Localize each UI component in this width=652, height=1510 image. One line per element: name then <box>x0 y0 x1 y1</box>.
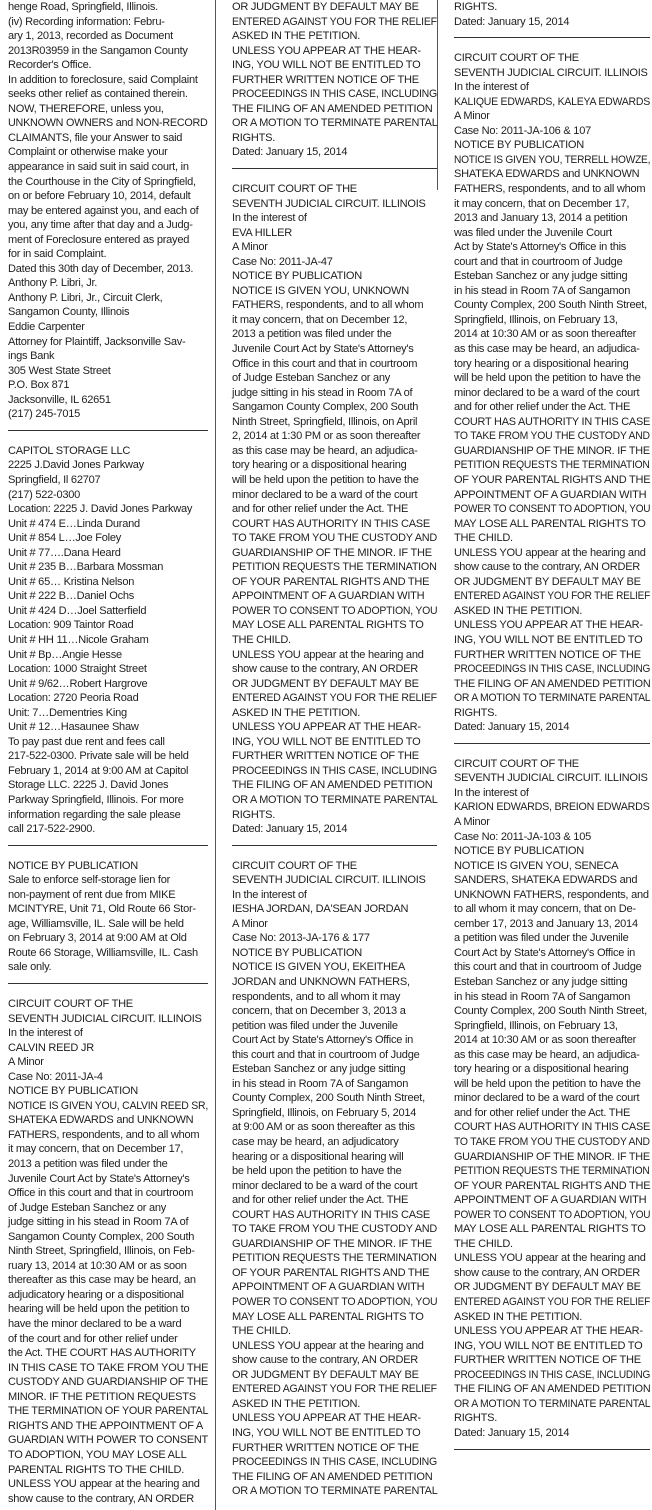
notice-text-line: (217) 522-0300 <box>8 488 208 503</box>
notice-text-line: Sangamon County, Illinois <box>8 305 208 320</box>
notice-text-line: sale only. <box>8 960 208 975</box>
notice-text-line: APPOINTMENT OF A GUARDIAN WITH <box>232 589 437 604</box>
notice-text-line: case may be heard, an adjudicatory <box>232 1135 437 1150</box>
notice-text-line: CIRCUIT COURT OF THE <box>454 51 650 66</box>
notice-text-line: RIGHTS AND THE APPOINTMENT OF A <box>8 1419 208 1434</box>
notice-text-line: on or before February 10, 2014, default <box>8 189 208 204</box>
notice-text-line: THE CHILD. <box>454 1237 650 1252</box>
notice-text-line: hearing will be held upon the petition t… <box>8 1302 208 1317</box>
notice-text-line: CIRCUIT COURT OF THE <box>232 182 437 197</box>
notice-text-line: Sangamon County Complex, 200 South <box>8 1230 208 1245</box>
notice-text-line: PETITION REQUESTS THE TERMINATION <box>454 1164 637 1179</box>
notice-text-line: ASKED IN THE PETITION. <box>232 706 437 721</box>
notice-text-line: a petition was filed under the Juvenile <box>454 931 650 946</box>
notice-text-line: UNLESS YOU APPEAR AT THE HEAR- <box>232 1411 437 1426</box>
notice-text-line: COURT HAS AUTHORITY IN THIS CASE <box>232 517 437 532</box>
notice-text-line: in his stead in Room 7A of Sangamon <box>232 1077 437 1092</box>
notice-text-line: cember 17, 2013 and January 13, 2014 <box>454 917 650 932</box>
notice-text-line: Dated: January 15, 2014 <box>454 720 650 735</box>
notice-text-line: County Complex, 200 South Ninth Street, <box>454 298 650 313</box>
notice-text-line: Ninth Street, Springfield, Illinois, on … <box>232 415 437 430</box>
notice-text-line: NOTICE BY PUBLICATION <box>454 138 650 153</box>
notice-separator-rule <box>8 983 208 984</box>
notice-text-line: SEVENTH JUDICIAL CIRCUIT. ILLINOIS <box>8 1012 208 1027</box>
notice-text-line: Dated: January 15, 2014 <box>454 1426 650 1441</box>
notice-text-line: THE FILING OF AN AMENDED PETITION <box>454 1382 646 1397</box>
notice-text-line: ASKED IN THE PETITION. <box>232 29 437 44</box>
notice-text-line: POWER TO CONSENT TO ADOPTION, YOU <box>454 1208 632 1223</box>
notice-text-line: SHATEKA EDWARDS and UNKNOWN <box>454 167 650 182</box>
notice-text-line: Unit # HH 11…Nicole Graham <box>8 633 208 648</box>
notice-text-line: COURT HAS AUTHORITY IN THIS CASE <box>454 1120 648 1135</box>
notice-text-line: 2225 J.David Jones Parkway <box>8 458 208 473</box>
notice-text-line: NOTICE BY PUBLICATION <box>8 1084 208 1099</box>
notice-text-line: Springfield, Il 62707 <box>8 473 208 488</box>
notice-text-line: OR JUDGMENT BY DEFAULT MAY BE <box>232 677 437 692</box>
notice-text-line: MAY LOSE ALL PARENTAL RIGHTS TO <box>454 517 650 532</box>
notice-text-line: A Minor <box>232 240 437 255</box>
notice-text-line: TO TAKE FROM YOU THE CUSTODY AND <box>232 531 434 546</box>
notice-text-line: OR A MOTION TO TERMINATE PARENTAL <box>454 1397 639 1412</box>
notice-text-line: (217) 245-7015 <box>8 407 208 422</box>
notice-text-line: Jacksonville, IL 62651 <box>8 393 208 408</box>
notice-text-line: THE FILING OF AN AMENDED PETITION <box>232 102 437 117</box>
notice-text-line: judge sitting in his stead in Room 7A of <box>8 1215 208 1230</box>
notice-text-line: it may concern, that on December 17, <box>8 1142 208 1157</box>
notice-text-line: for in said Complaint. <box>8 247 208 262</box>
notice-text-line: COURT HAS AUTHORITY IN THIS CASE <box>454 415 648 430</box>
notice-text-line: Case No: 2011-JA-47 <box>232 255 437 270</box>
notice-text-line: as this case may be heard, an adjudica- <box>232 444 437 459</box>
notice-text-line: ING, YOU WILL NOT BE ENTITLED TO <box>454 1339 650 1354</box>
notice-text-line: In the interest of <box>8 1026 208 1041</box>
notice-text-line: TO TAKE FROM YOU THE CUSTODY AND <box>454 429 639 444</box>
column-left: henge Road, Springfield, Illinois.(iv) R… <box>8 0 208 1506</box>
notice-text-line: to all whom it may concern, that on De- <box>454 902 650 917</box>
notice-text-line: the Act. THE COURT HAS AUTHORITY <box>8 1346 208 1361</box>
notice-text-line: 2013 a petition was filed under the <box>232 327 437 342</box>
column-divider-left <box>215 0 216 1510</box>
notice-text-line: GUARDIANSHIP OF THE MINOR. IF THE <box>232 1237 437 1252</box>
notice-text-line: judge sitting in his stead in Room 7A of <box>232 386 437 401</box>
notice-text-line: Dated this 30th day of December, 2013. <box>8 262 208 277</box>
notice-text-line: Complaint or otherwise make your <box>8 145 208 160</box>
notice-text-line: SHATEKA EDWARDS and UNKNOWN <box>8 1113 208 1128</box>
column-middle: OR JUDGMENT BY DEFAULT MAY BEENTERED AGA… <box>232 0 437 1499</box>
notice-text-line: on February 3, 2014 at 9:00 AM at Old <box>8 931 208 946</box>
notice-text-line: ings Bank <box>8 349 208 364</box>
notice-text-line: Location: 909 Taintor Road <box>8 618 208 633</box>
notice-text-line: NOTICE IS GIVEN YOU, UNKNOWN <box>232 284 437 299</box>
notice-text-line: MINOR. IF THE PETITION REQUESTS <box>8 1390 208 1405</box>
notice-text-line: TO TAKE FROM YOU THE CUSTODY AND <box>454 1135 639 1150</box>
notice-text-line: ING, YOU WILL NOT BE ENTITLED TO <box>232 58 437 73</box>
notice-text-line: UNKNOWN FATHERS, respondents, and <box>454 888 650 903</box>
notice-text-line: and for other relief under the Act. THE <box>454 1106 650 1121</box>
notice-text-line: Office in this court and that in courtro… <box>232 357 437 372</box>
legal-notice-calvin-reed-jr: CIRCUIT COURT OF THESEVENTH JUDICIAL CIR… <box>8 997 208 1506</box>
notice-text-line: FATHERS, respondents, and to all whom <box>454 182 650 197</box>
notice-text-line: may be entered against you, and each of <box>8 204 208 219</box>
notice-text-line: 2013 a petition was filed under the <box>8 1157 208 1172</box>
notice-text-line: PARENTAL RIGHTS TO THE CHILD. <box>8 1463 208 1478</box>
notice-text-line: RIGHTS. <box>232 131 437 146</box>
notice-text-line: call 217-522-2900. <box>8 822 208 837</box>
notice-text-line: in his stead in Room 7A of Sangamon <box>454 284 650 299</box>
notice-text-line: Unit # 474 E…Linda Durand <box>8 517 208 532</box>
notice-text-line: thereafter as this case may be heard, an <box>8 1273 208 1288</box>
notice-text-line: of Judge Esteban Sanchez or any <box>8 1201 208 1216</box>
notice-text-line: NOTICE BY PUBLICATION <box>8 859 208 874</box>
notice-text-line: ING, YOU WILL NOT BE ENTITLED TO <box>454 633 650 648</box>
notice-text-line: non-payment of rent due from MIKE <box>8 888 208 903</box>
notice-text-line: PETITION REQUESTS THE TERMINATION <box>454 458 637 473</box>
notice-text-line: Office in this court and that in courtro… <box>8 1186 208 1201</box>
notice-text-line: minor declared to be a ward of the court <box>232 488 437 503</box>
notice-text-line: Unit # 424 D…Joel Satterfield <box>8 604 208 619</box>
legal-notice-eva-hiller: CIRCUIT COURT OF THESEVENTH JUDICIAL CIR… <box>232 182 437 837</box>
notice-text-line: A Minor <box>232 917 437 932</box>
notice-text-line: this court and that in courtroom of Judg… <box>232 1048 437 1063</box>
notice-text-line: NOTICE IS GIVEN YOU, CALVIN REED SR, <box>8 1099 198 1114</box>
notice-text-line: SEVENTH JUDICIAL CIRCUIT. ILLINOIS <box>232 873 437 888</box>
notice-text-line: ING, YOU WILL NOT BE ENTITLED TO <box>232 735 437 750</box>
notice-text-line: petition was filed under the Juvenile <box>232 1019 437 1034</box>
notice-text-line: UNLESS YOU appear at the hearing and <box>454 546 650 561</box>
notice-text-line: in his stead in Room 7A of Sangamon <box>454 990 650 1005</box>
notice-text-line: be held upon the petition to have the <box>232 1164 437 1179</box>
notice-text-line: it may concern, that on December 12, <box>232 313 437 328</box>
notice-separator-rule <box>232 168 437 169</box>
notice-text-line: concern, that on December 3, 2013 a <box>232 1004 437 1019</box>
notice-text-line: CAPITOL STORAGE LLC <box>8 444 208 459</box>
notice-text-line: UNLESS YOU appear at the hearing and <box>232 648 437 663</box>
notice-text-line: GUARDIANSHIP OF THE MINOR. IF THE <box>454 444 646 459</box>
notice-text-line: Unit: 7…Dementries King <box>8 706 208 721</box>
notice-text-line: FURTHER WRITTEN NOTICE OF THE <box>232 73 437 88</box>
notice-text-line: A Minor <box>454 815 650 830</box>
notice-text-line: appearance in said suit in said court, i… <box>8 160 208 175</box>
notice-text-line: show cause to the contrary, AN ORDER <box>8 1492 208 1507</box>
notice-text-line: In the interest of <box>454 786 650 801</box>
legal-notice-prior-notice-end: RIGHTS.Dated: January 15, 2014 <box>454 0 650 29</box>
notice-text-line: NOTICE BY PUBLICATION <box>232 269 437 284</box>
notice-text-line: ENTERED AGAINST YOU FOR THE RELIEF <box>232 691 427 706</box>
notice-text-line: 2, 2014 at 1:30 PM or as soon thereafter <box>232 429 437 444</box>
notice-text-line: PETITION REQUESTS THE TERMINATION <box>232 1251 432 1266</box>
notice-text-line: NOTICE IS GIVEN YOU, EKEITHEA <box>232 960 437 975</box>
notice-text-line: THE CHILD. <box>232 1324 437 1339</box>
notice-text-line: IESHA JORDAN, DA'SEAN JORDAN <box>232 902 437 917</box>
notice-text-line: CIRCUIT COURT OF THE <box>454 757 650 772</box>
notice-text-line: PROCEEDINGS IN THIS CASE, INCLUDING <box>232 87 427 102</box>
notice-text-line: NOTICE BY PUBLICATION <box>232 946 437 961</box>
notice-text-line: A Minor <box>454 109 650 124</box>
legal-notice-karion-edwards: CIRCUIT COURT OF THESEVENTH JUDICIAL CIR… <box>454 757 650 1441</box>
notice-text-line: ENTERED AGAINST YOU FOR THE RELIEF <box>454 589 633 604</box>
notice-text-line: ASKED IN THE PETITION. <box>454 604 650 619</box>
notice-text-line: (iv) Recording information: Febru- <box>8 15 208 30</box>
notice-text-line: Springfield, Illinois, on February 13, <box>454 313 650 328</box>
notice-text-line: was filed under the Juvenile Court <box>454 226 650 241</box>
notice-text-line: will be held upon the petition to have t… <box>454 371 650 386</box>
notice-text-line: THE FILING OF AN AMENDED PETITION <box>454 677 646 692</box>
notice-text-line: Sale to enforce self-storage lien for <box>8 873 208 888</box>
notice-text-line: Springfield, Illinois, on February 5, 20… <box>232 1106 437 1121</box>
notice-text-line: P.O. Box 871 <box>8 378 208 393</box>
notice-text-line: will be held upon the petition to have t… <box>232 473 437 488</box>
notice-text-line: Eddie Carpenter <box>8 320 208 335</box>
notice-text-line: OR A MOTION TO TERMINATE PARENTAL <box>454 691 639 706</box>
notice-text-line: Location: 2720 Peoria Road <box>8 691 208 706</box>
notice-text-line: OR JUDGMENT BY DEFAULT MAY BE <box>232 0 437 15</box>
notice-text-line: Dated: January 15, 2014 <box>232 822 437 837</box>
notice-text-line: Anthony P. Libri, Jr. <box>8 276 208 291</box>
notice-text-line: EVA HILLER <box>232 226 437 241</box>
notice-text-line: FURTHER WRITTEN NOTICE OF THE <box>232 1441 437 1456</box>
column-right: RIGHTS.Dated: January 15, 2014CIRCUIT CO… <box>454 0 650 1463</box>
notice-text-line: Unit # 235 B…Barbara Mossman <box>8 560 208 575</box>
notice-text-line: CALVIN REED JR <box>8 1041 208 1056</box>
notice-text-line: MAY LOSE ALL PARENTAL RIGHTS TO <box>454 1222 650 1237</box>
notice-text-line: and for other relief under the Act. THE <box>232 502 437 517</box>
notice-text-line: KALIQUE EDWARDS, KALEYA EDWARDS <box>454 95 640 110</box>
notice-text-line: the Courthouse in the City of Springfiel… <box>8 175 208 190</box>
notice-text-line: OF YOUR PARENTAL RIGHTS AND THE <box>232 575 437 590</box>
notice-text-line: Case No: 2011-JA-4 <box>8 1070 208 1085</box>
notice-text-line: of the court and for other relief under <box>8 1332 208 1347</box>
notice-text-line: Location: 2225 J. David Jones Parkway <box>8 502 208 517</box>
notice-text-line: tory hearing or a dispositional hearing <box>454 1062 650 1077</box>
notice-text-line: PETITION REQUESTS THE TERMINATION <box>232 560 432 575</box>
notice-text-line: MAY LOSE ALL PARENTAL RIGHTS TO <box>232 1310 437 1325</box>
notice-text-line: THE FILING OF AN AMENDED PETITION <box>232 778 437 793</box>
notice-text-line: CIRCUIT COURT OF THE <box>8 997 208 1012</box>
notice-text-line: FATHERS, respondents, and to all whom <box>8 1128 208 1143</box>
notice-text-line: In addition to foreclosure, said Complai… <box>8 73 208 88</box>
notice-separator-rule <box>8 430 208 431</box>
notice-text-line: FURTHER WRITTEN NOTICE OF THE <box>232 749 437 764</box>
notice-text-line: tory hearing or a dispositional hearing <box>232 458 437 473</box>
notice-text-line: COURT HAS AUTHORITY IN THIS CASE <box>232 1208 437 1223</box>
legal-notice-kalique-edwards: CIRCUIT COURT OF THESEVENTH JUDICIAL CIR… <box>454 51 650 735</box>
notice-text-line: OR A MOTION TO TERMINATE PARENTAL <box>232 1484 434 1499</box>
notice-text-line: PROCEEDINGS IN THIS CASE, INCLUDING <box>232 1455 427 1470</box>
notice-text-line: UNLESS YOU appear at the hearing and <box>232 1339 437 1354</box>
notice-text-line: Unit # 77….Dana Heard <box>8 546 208 561</box>
notice-text-line: ASKED IN THE PETITION. <box>454 1310 650 1325</box>
notice-text-line: NOTICE BY PUBLICATION <box>454 844 650 859</box>
notice-text-line: UNLESS YOU APPEAR AT THE HEAR- <box>232 720 437 735</box>
notice-text-line: NOW, THEREFORE, unless you, <box>8 102 208 117</box>
notice-text-line: FURTHER WRITTEN NOTICE OF THE <box>454 648 650 663</box>
notice-text-line: will be held upon the petition to have t… <box>454 1077 650 1092</box>
notice-text-line: OR JUDGMENT BY DEFAULT MAY BE <box>454 1280 650 1295</box>
notice-text-line: Esteban Sanchez or any judge sitting <box>454 269 650 284</box>
notice-text-line: 2014 at 10:30 AM or as soon thereafter <box>454 327 650 342</box>
notice-text-line: A Minor <box>8 1055 208 1070</box>
notice-text-line: PROCEEDINGS IN THIS CASE, INCLUDING <box>454 662 633 677</box>
notice-text-line: County Complex, 200 South Ninth Street, <box>454 1004 650 1019</box>
notice-text-line: Juvenile Court Act by State's Attorney's <box>8 1172 208 1187</box>
notice-text-line: Dated: January 15, 2014 <box>232 145 437 160</box>
notice-separator-rule <box>454 1449 650 1450</box>
notice-text-line: PROCEEDINGS IN THIS CASE, INCLUDING <box>232 764 427 779</box>
notice-text-line: Case No: 2013-JA-176 & 177 <box>232 931 437 946</box>
notice-separator-rule <box>8 845 208 846</box>
notice-text-line: CLAIMANTS, file your Answer to said <box>8 131 208 146</box>
notice-text-line: adjudicatory hearing or a dispositional <box>8 1288 208 1303</box>
notice-text-line: show cause to the contrary, AN ORDER <box>232 1353 437 1368</box>
notice-text-line: ENTERED AGAINST YOU FOR THE RELIEF <box>232 15 427 30</box>
notice-text-line: UNKNOWN OWNERS and NON-RECORD <box>8 116 203 131</box>
notice-text-line: Unit # Bp…Angie Hesse <box>8 648 208 663</box>
notice-text-line: this court and that in courtroom of Judg… <box>454 960 650 975</box>
notice-text-line: 305 West State Street <box>8 364 208 379</box>
notice-text-line: show cause to the contrary, AN ORDER <box>454 560 650 575</box>
notice-text-line: you, any time after that day and a Judg- <box>8 218 208 233</box>
notice-text-line: Case No: 2011-JA-106 & 107 <box>454 124 650 139</box>
notice-text-line: respondents, and to all whom it may <box>232 990 437 1005</box>
notice-text-line: POWER TO CONSENT TO ADOPTION, YOU <box>232 604 427 619</box>
notice-separator-rule <box>232 845 437 846</box>
notice-text-line: SANDERS, SHATEKA EDWARDS and <box>454 873 650 888</box>
notice-text-line: APPOINTMENT OF A GUARDIAN WITH <box>454 488 650 503</box>
notice-text-line: minor declared to be a ward of the court <box>454 1091 650 1106</box>
legal-notice-old-route-66-storage: NOTICE BY PUBLICATIONSale to enforce sel… <box>8 859 208 975</box>
notice-text-line: show cause to the contrary, AN ORDER <box>454 1266 650 1281</box>
notice-text-line: Parkway Springfield, Illinois. For more <box>8 793 208 808</box>
notice-text-line: SEVENTH JUDICIAL CIRCUIT. ILLINOIS <box>454 66 650 81</box>
notice-text-line: OR JUDGMENT BY DEFAULT MAY BE <box>454 575 650 590</box>
notice-text-line: ASKED IN THE PETITION. <box>232 1397 437 1412</box>
notice-text-line: Esteban Sanchez or any judge sitting <box>454 975 650 990</box>
notice-text-line: In the interest of <box>454 80 650 95</box>
notice-text-line: seeks other relief as contained therein. <box>8 87 208 102</box>
notice-text-line: IN THIS CASE TO TAKE FROM YOU THE <box>8 1361 208 1376</box>
notice-text-line: THE CHILD. <box>454 531 650 546</box>
notice-text-line: OF YOUR PARENTAL RIGHTS AND THE <box>454 473 649 488</box>
notice-text-line: GUARDIAN WITH POWER TO CONSENT <box>8 1433 206 1448</box>
notice-text-line: have the minor declared to be a ward <box>8 1317 208 1332</box>
notice-text-line: as this case may be heard, an adjudica- <box>454 342 650 357</box>
notice-text-line: POWER TO CONSENT TO ADOPTION, YOU <box>454 502 632 517</box>
notice-text-line: TO TAKE FROM YOU THE CUSTODY AND <box>232 1222 434 1237</box>
notice-text-line: Case No: 2011-JA-103 & 105 <box>454 830 650 845</box>
notice-text-line: and for other relief under the Act. THE <box>454 400 650 415</box>
notice-text-line: UNLESS YOU appear at the hearing and <box>8 1477 208 1492</box>
notice-text-line: APPOINTMENT OF A GUARDIAN WITH <box>232 1280 437 1295</box>
notice-text-line: KARION EDWARDS, BREION EDWARDS <box>454 800 644 815</box>
notice-text-line: OF YOUR PARENTAL RIGHTS AND THE <box>454 1179 649 1194</box>
notice-text-line: MAY LOSE ALL PARENTAL RIGHTS TO <box>232 618 437 633</box>
notice-text-line: APPOINTMENT OF A GUARDIAN WITH <box>454 1193 650 1208</box>
notice-text-line: ENTERED AGAINST YOU FOR THE RELIEF <box>232 1382 427 1397</box>
notice-text-line: POWER TO CONSENT TO ADOPTION, YOU <box>232 1295 427 1310</box>
notice-text-line: hearing or a dispositional hearing will <box>232 1150 437 1165</box>
notice-text-line: Unit # 222 B…Daniel Ochs <box>8 589 208 604</box>
notice-text-line: Esteban Sanchez or any judge sitting <box>232 1062 437 1077</box>
legal-notice-iesha-jordan: CIRCUIT COURT OF THESEVENTH JUDICIAL CIR… <box>232 859 437 1499</box>
notice-text-line: TO ADOPTION, YOU MAY LOSE ALL <box>8 1448 208 1463</box>
notice-text-line: OR A MOTION TO TERMINATE PARENTAL <box>232 793 434 808</box>
notice-text-line: Unit # 854 L…Joe Foley <box>8 531 208 546</box>
notice-text-line: UNLESS YOU APPEAR AT THE HEAR- <box>454 1324 650 1339</box>
notice-text-line: JORDAN and UNKNOWN FATHERS, <box>232 975 437 990</box>
notice-text-line: and for other relief under the Act. THE <box>232 1193 437 1208</box>
notice-text-line: In the interest of <box>232 211 437 226</box>
notice-text-line: minor declared to be a ward of the court <box>232 1179 437 1194</box>
notice-text-line: Juvenile Court Act by State's Attorney's <box>232 342 437 357</box>
notice-text-line: SEVENTH JUDICIAL CIRCUIT. ILLINOIS <box>232 197 437 212</box>
notice-text-line: UNLESS YOU APPEAR AT THE HEAR- <box>454 618 650 633</box>
notice-text-line: Sangamon County Complex, 200 South <box>232 400 437 415</box>
notice-text-line: Unit # 9/62…Robert Hargrove <box>8 677 208 692</box>
legal-notice-calvin-reed-jr-continued: OR JUDGMENT BY DEFAULT MAY BEENTERED AGA… <box>232 0 437 160</box>
notice-text-line: Unit # 65… Kristina Nelson <box>8 575 208 590</box>
notice-text-line: FURTHER WRITTEN NOTICE OF THE <box>454 1353 650 1368</box>
notice-text-line: show cause to the contrary, AN ORDER <box>232 662 437 677</box>
notice-text-line: GUARDIANSHIP OF THE MINOR. IF THE <box>232 546 437 561</box>
notice-text-line: OR JUDGMENT BY DEFAULT MAY BE <box>232 1368 437 1383</box>
notice-text-line: Recorder's Office. <box>8 58 208 73</box>
notice-text-line: Unit # 12…Hasaunee Shaw <box>8 720 208 735</box>
notice-text-line: THE FILING OF AN AMENDED PETITION <box>232 1470 437 1485</box>
notice-text-line: information regarding the sale please <box>8 808 208 823</box>
notice-text-line: RIGHTS. <box>454 1411 650 1426</box>
notice-text-line: RIGHTS. <box>232 808 437 823</box>
notice-text-line: Court Act by State's Attorney's Office i… <box>232 1033 437 1048</box>
notice-text-line: OF YOUR PARENTAL RIGHTS AND THE <box>232 1266 437 1281</box>
notice-text-line: ruary 13, 2014 at 10:30 AM or as soon <box>8 1259 208 1274</box>
notice-text-line: Location: 1000 Straight Street <box>8 662 208 677</box>
column-divider-right-top <box>437 0 438 190</box>
notice-text-line: MCINTYRE, Unit 71, Old Route 66 Stor- <box>8 902 208 917</box>
notice-text-line: tory hearing or a dispositional hearing <box>454 357 650 372</box>
notice-text-line: To pay past due rent and fees call <box>8 735 208 750</box>
notice-text-line: THE CHILD. <box>232 633 437 648</box>
notice-text-line: of Judge Esteban Sanchez or any <box>232 371 437 386</box>
notice-text-line: RIGHTS. <box>454 0 650 15</box>
notice-text-line: Attorney for Plaintiff, Jacksonville Sav… <box>8 335 208 350</box>
notice-text-line: NOTICE IS GIVEN YOU, TERRELL HOWZE, <box>454 153 634 168</box>
notice-text-line: UNLESS YOU APPEAR AT THE HEAR- <box>232 44 437 59</box>
notice-text-line: Court Act by State's Attorney's Office i… <box>454 946 650 961</box>
notice-text-line: henge Road, Springfield, Illinois. <box>8 0 208 15</box>
notice-text-line: THE TERMINATION OF YOUR PARENTAL <box>8 1404 203 1419</box>
notice-separator-rule <box>454 37 650 38</box>
notice-text-line: as this case may be heard, an adjudica- <box>454 1048 650 1063</box>
notice-text-line: Route 66 Storage, Williamsville, IL. Cas… <box>8 946 208 961</box>
notice-text-line: court and that in courtroom of Judge <box>454 255 650 270</box>
legal-notice-foreclosure-continued: henge Road, Springfield, Illinois.(iv) R… <box>8 0 208 422</box>
notice-text-line: CUSTODY AND GUARDIANSHIP OF THE <box>8 1375 206 1390</box>
notice-text-line: Anthony P. Libri, Jr., Circuit Clerk, <box>8 291 208 306</box>
notice-text-line: ENTERED AGAINST YOU FOR THE RELIEF <box>454 1295 633 1310</box>
notice-text-line: PROCEEDINGS IN THIS CASE, INCLUDING <box>454 1368 633 1383</box>
notice-text-line: UNLESS YOU appear at the hearing and <box>454 1251 650 1266</box>
notice-text-line: County Complex, 200 South Ninth Street, <box>232 1091 437 1106</box>
notice-text-line: 217-522-0300. Private sale will be held <box>8 749 208 764</box>
notice-text-line: at 9:00 AM or as soon thereafter as this <box>232 1120 437 1135</box>
notice-text-line: ING, YOU WILL NOT BE ENTITLED TO <box>232 1426 437 1441</box>
notice-text-line: Dated: January 15, 2014 <box>454 15 650 30</box>
notice-text-line: CIRCUIT COURT OF THE <box>232 859 437 874</box>
legal-notice-capitol-storage: CAPITOL STORAGE LLC2225 J.David Jones Pa… <box>8 444 208 837</box>
notice-text-line: NOTICE IS GIVEN YOU, SENECA <box>454 859 650 874</box>
notice-text-line: 2014 at 10:30 AM or as soon thereafter <box>454 1033 650 1048</box>
notice-text-line: OR A MOTION TO TERMINATE PARENTAL <box>232 116 434 131</box>
